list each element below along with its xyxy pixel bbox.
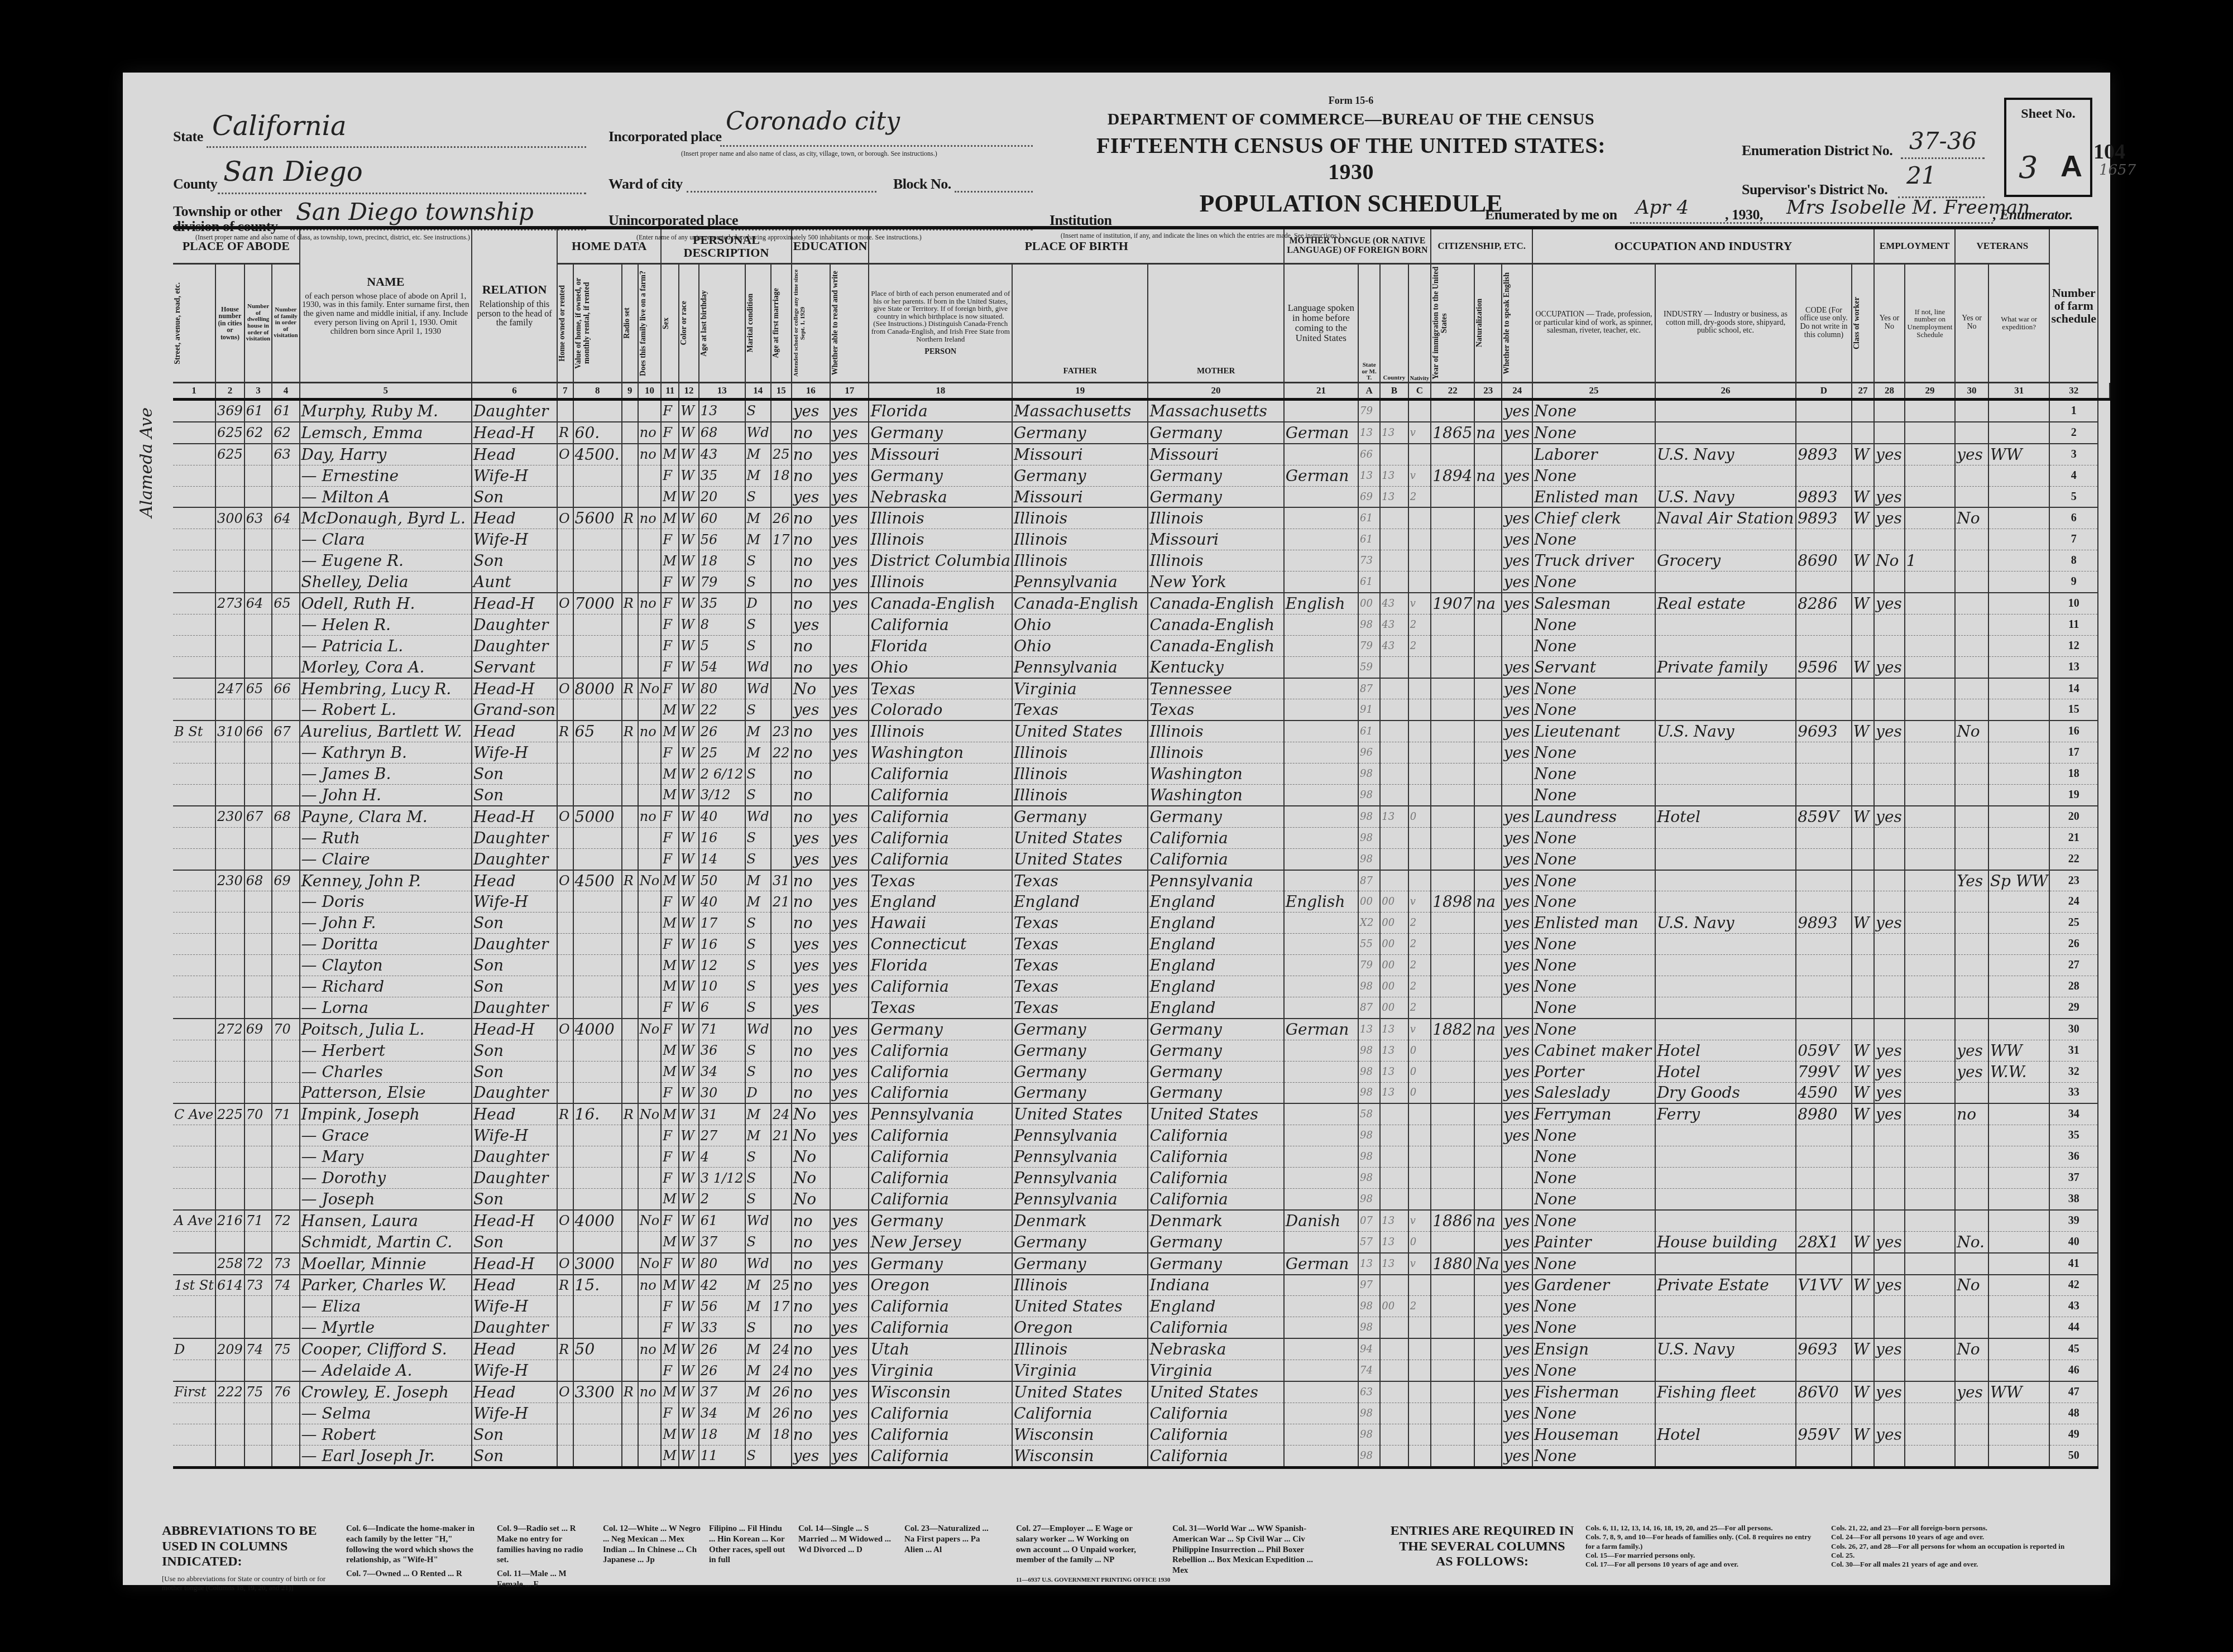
cell-age-marr: 24 [771,1360,792,1381]
cell-farm: no [638,444,662,465]
cell-race: W [679,763,698,785]
cell-vet: yes [1955,1381,1988,1403]
cell-house: 272 [215,1019,245,1040]
cell-age-marr [771,827,792,848]
cell-vet [1955,1082,1988,1103]
cell-class [1852,635,1874,656]
cell-race: W [679,785,698,806]
cell-owned [557,1403,573,1424]
cell-work [1874,1019,1905,1040]
footer-col12b: Filipino ... Fil Hindu ... Hin Korean ..… [709,1524,787,1565]
cell-work: yes [1874,1424,1905,1445]
cell-owned [557,572,573,593]
cell-relation: Daughter [472,635,557,656]
cell-race: W [679,1424,698,1445]
cell-age: 79 [699,572,745,593]
cell-age: 34 [699,1061,745,1082]
cell-cC: v [1408,1253,1431,1275]
cell-relation: Head [472,1275,557,1296]
cell-cA: 98 [1358,1146,1380,1168]
cell-vet [1955,827,1988,848]
cell-language [1284,444,1358,465]
table-row: 3696161Murphy, Ruby M.DaughterFW13Syesye… [173,400,2110,422]
cell-race: W [679,1445,698,1467]
cell-cA: 00 [1358,593,1380,614]
cell-house [215,955,245,976]
cell-unemp [1905,913,1955,934]
cell-age-marr [771,913,792,934]
cell-house [215,1296,245,1317]
cell-unemp: 1 [1905,550,1955,572]
cell-farm [638,1360,662,1381]
cell-birth: Connecticut [869,934,1012,955]
cell-marital: S [745,1146,772,1168]
cell-sex: M [661,1338,679,1360]
cell-family: 64 [272,507,299,529]
cell-owned [557,1445,573,1467]
cell-read [830,614,869,635]
cell-language [1284,1082,1358,1103]
cell-owned: R [557,1103,573,1125]
cell-father: Illinois [1012,785,1148,806]
table-row: Shelley, DeliaAuntFW79SnoyesIllinoisPenn… [173,572,2110,593]
cell-name: — Patricia L. [300,635,472,656]
cell-cA: 79 [1358,955,1380,976]
cell-street [173,1146,215,1168]
cell-father: Texas [1012,976,1148,997]
cell-immig [1431,486,1474,507]
cell-natur [1474,1360,1502,1381]
cell-school: no [792,1231,830,1252]
cell-industry [1655,465,1796,486]
cell-age: 40 [699,806,745,827]
cell-dwelling: 62 [245,422,272,444]
cell-dwelling [245,529,272,550]
line-number: 18 [2049,763,2098,785]
cell-sex: F [661,742,679,763]
cell-natur [1474,656,1502,678]
cell-code [1796,742,1852,763]
table-row: — DorisWife-HFW40M21noyesEnglandEnglandE… [173,891,2110,913]
column-number: 25 [1532,383,1655,400]
cell-father: United States [1012,848,1148,870]
cell-cA: 98 [1358,614,1380,635]
cell-code [1796,1210,1852,1231]
column-number: 1 [173,383,215,400]
cell-industry [1655,1403,1796,1424]
cell-natur [1474,913,1502,934]
cell-age: 43 [699,444,745,465]
cell-owned [557,891,573,913]
cell-cA: 98 [1358,1125,1380,1146]
cell-war [1988,891,2050,913]
cell-vet [1955,785,1988,806]
cell-family [272,827,299,848]
cell-owned [557,763,573,785]
cell-work [1874,422,1905,444]
cell-cC [1408,870,1431,891]
cell-english: yes [1502,699,1532,721]
cell-sex: F [661,422,679,444]
cell-street [173,444,215,465]
cell-unemp [1905,934,1955,955]
margin-street-note: Alameda Ave [137,407,156,517]
cell-work [1874,1403,1905,1424]
cell-value [573,614,622,635]
cell-immig [1431,1381,1474,1403]
enumerated-label: Enumerated by me on [1485,206,1617,223]
cell-relation: Daughter [472,400,557,422]
cell-read: yes [830,870,869,891]
cell-mother: Germany [1148,422,1283,444]
cell-cB [1380,827,1408,848]
cell-street [173,486,215,507]
cell-owned: O [557,1019,573,1040]
cell-street: B St [173,721,215,742]
cell-occupation: Ensign [1532,1338,1655,1360]
cell-language [1284,1061,1358,1082]
cell-class [1852,1168,1874,1189]
cell-relation: Son [472,550,557,572]
cell-sex: M [661,976,679,997]
cell-industry: Naval Air Station [1655,507,1796,529]
cell-cB [1380,1338,1408,1360]
cell-cA: X2 [1358,913,1380,934]
cell-work: No [1874,550,1905,572]
cell-natur: na [1474,1019,1502,1040]
cell-work: yes [1874,593,1905,614]
cell-sex: F [661,1146,679,1168]
cell-vet [1955,550,1988,572]
cell-cB [1380,870,1408,891]
cell-vet [1955,422,1988,444]
cell-occupation: None [1532,976,1655,997]
cell-value: 4500. [573,444,622,465]
cell-birth: Florida [869,955,1012,976]
cell-value [573,1146,622,1168]
cell-name: Aurelius, Bartlett W. [300,721,472,742]
cell-birth: California [869,1296,1012,1317]
cell-cB: 13 [1380,1253,1408,1275]
cell-house [215,1403,245,1424]
cell-work [1874,976,1905,997]
cell-mother: California [1148,1146,1283,1168]
header-sex: Sex [661,264,679,383]
cell-work [1874,848,1905,870]
cell-age-marr [771,785,792,806]
cell-immig [1431,1275,1474,1296]
column-number: 7 [557,383,573,400]
cell-unemp [1905,1125,1955,1146]
cell-mother: Germany [1148,465,1283,486]
cell-relation: Daughter [472,827,557,848]
cell-name: Cooper, Clifford S. [300,1338,472,1360]
cell-immig [1431,1360,1474,1381]
cell-farm [638,1168,662,1189]
cell-age-marr [771,955,792,976]
cell-school: no [792,1403,830,1424]
cell-school: yes [792,955,830,976]
cell-birth: Illinois [869,507,1012,529]
cell-language [1284,1168,1358,1189]
cell-cA: 98 [1358,1296,1380,1317]
cell-language [1284,913,1358,934]
cell-war [1988,1103,2050,1125]
cell-family: 68 [272,806,299,827]
cell-read [830,1146,869,1168]
cell-cC [1408,1403,1431,1424]
cell-language [1284,656,1358,678]
cell-birth: Utah [869,1338,1012,1360]
cell-father: Denmark [1012,1210,1148,1231]
cell-work: yes [1874,1275,1905,1296]
cell-occupation: None [1532,422,1655,444]
cell-cB [1380,1275,1408,1296]
cell-english: yes [1502,1381,1532,1403]
cell-unemp [1905,1019,1955,1040]
cell-read [830,635,869,656]
cell-age-marr [771,486,792,507]
cell-cC: 0 [1408,1231,1431,1252]
header-class-worker: Class of worker [1852,264,1874,383]
cell-language: German [1284,1019,1358,1040]
cell-house [215,1146,245,1168]
cell-english [1502,1168,1532,1189]
cell-language [1284,785,1358,806]
cell-dwelling [245,1125,272,1146]
cell-class [1852,785,1874,806]
cell-read: yes [830,848,869,870]
column-number: 30 [1955,383,1988,400]
header-owned: Home owned or rented [557,264,573,383]
cell-father: Ohio [1012,614,1148,635]
cell-cA: 13 [1358,1019,1380,1040]
cell-sex: F [661,934,679,955]
cell-street [173,1082,215,1103]
cell-farm [638,699,662,721]
cell-name: — Doris [300,891,472,913]
cell-unemp [1905,1445,1955,1467]
cell-language [1284,870,1358,891]
cell-age: 3/12 [699,785,745,806]
table-row: Morley, Cora A.ServantFW54WdnoyesOhioPen… [173,656,2110,678]
cell-occupation: None [1532,614,1655,635]
cell-marital: S [745,1317,772,1338]
cell-house [215,486,245,507]
cell-cB [1380,848,1408,870]
footer-col31: Col. 31—World War ... WW Spanish-America… [1172,1524,1317,1576]
cell-value: 65 [573,721,622,742]
cell-relation: Son [472,976,557,997]
cell-code [1796,400,1852,422]
group-citizenship: CITIZENSHIP, ETC. [1431,228,1532,264]
cell-farm: No [638,1019,662,1040]
cell-english: yes [1502,955,1532,976]
cell-natur [1474,1317,1502,1338]
cell-age: 22 [699,699,745,721]
cell-family [272,1403,299,1424]
cell-birth: Washington [869,742,1012,763]
cell-industry [1655,635,1796,656]
cell-value [573,1125,622,1146]
cell-work: yes [1874,656,1905,678]
cell-mother: Illinois [1148,507,1283,529]
line-number: 24 [2049,891,2098,913]
cell-school: no [792,1317,830,1338]
cell-war: Sp WW [1988,870,2050,891]
table-row: — MaryDaughterFW4SNoCaliforniaPennsylvan… [173,1146,2110,1168]
cell-unemp [1905,997,1955,1018]
cell-school: no [792,550,830,572]
cell-house [215,913,245,934]
table-row: — Robert L.Grand-sonMW22SyesyesColoradoT… [173,699,2110,721]
cell-school: no [792,1338,830,1360]
cell-age: 37 [699,1381,745,1403]
cell-code: 859V [1796,806,1852,827]
cell-value [573,742,622,763]
table-row: — Milton ASonMW20SyesyesNebraskaMissouri… [173,486,2110,507]
cell-occupation: None [1532,742,1655,763]
cell-language [1284,1231,1358,1252]
incorporated-value: Coronado city [726,107,900,136]
cell-code [1796,529,1852,550]
table-row: — CharlesSonMW34SnoyesCaliforniaGermanyG… [173,1061,2110,1082]
cell-read: yes [830,400,869,422]
cell-age-marr [771,1445,792,1467]
cell-industry [1655,1296,1796,1317]
cell-occupation: None [1532,1253,1655,1275]
cell-read: yes [830,721,869,742]
cell-occupation: Painter [1532,1231,1655,1252]
cell-farm: No [638,1103,662,1125]
cell-father: Texas [1012,913,1148,934]
cell-language [1284,934,1358,955]
cell-relation: Head [472,1338,557,1360]
cell-natur [1474,1061,1502,1082]
cell-dwelling [245,1082,272,1103]
cell-vet [1955,465,1988,486]
column-number: 24 [1502,383,1532,400]
cell-radio [622,572,638,593]
cell-cB [1380,721,1408,742]
cell-radio [622,1168,638,1189]
cell-farm [638,572,662,593]
cell-school: no [792,572,830,593]
cell-cB: 43 [1380,614,1408,635]
cell-school: yes [792,1445,830,1467]
cell-sex: M [661,870,679,891]
cell-marital: M [745,507,772,529]
cell-immig [1431,997,1474,1018]
cell-marital: S [745,997,772,1018]
cell-sex: F [661,593,679,614]
cell-relation: Daughter [472,1168,557,1189]
cell-cC [1408,1424,1431,1445]
cell-natur [1474,848,1502,870]
cell-radio [622,1253,638,1275]
cell-class [1852,742,1874,763]
cell-age: 33 [699,1317,745,1338]
cell-relation: Son [472,955,557,976]
cell-name: Moellar, Minnie [300,1253,472,1275]
line-number: 33 [2049,1082,2098,1103]
cell-relation: Head-H [472,1253,557,1275]
cell-sex: F [661,614,679,635]
cell-house: 258 [215,1253,245,1275]
cell-occupation: Truck driver [1532,550,1655,572]
cell-owned: R [557,422,573,444]
cell-dwelling: 75 [245,1381,272,1403]
cell-owned [557,400,573,422]
cell-natur [1474,1125,1502,1146]
cell-marital: S [745,848,772,870]
cell-natur [1474,934,1502,955]
cell-family [272,614,299,635]
cell-cB: 13 [1380,1040,1408,1061]
cell-age-marr: 25 [771,1275,792,1296]
form-number: Form 15-6 [1072,95,1630,107]
cell-vet [1955,955,1988,976]
cell-english [1502,486,1532,507]
cell-sex: M [661,1103,679,1125]
cell-farm [638,976,662,997]
cell-race: W [679,678,698,699]
cell-vet [1955,635,1988,656]
cell-dwelling: 67 [245,806,272,827]
cell-relation: Son [472,1188,557,1209]
cell-cA: 73 [1358,550,1380,572]
cell-family [272,1146,299,1168]
cell-sex: F [661,635,679,656]
cell-class [1852,1403,1874,1424]
cell-immig: 1898 [1431,891,1474,913]
cell-birth: Germany [869,1210,1012,1231]
cell-marital: S [745,1168,772,1189]
cell-age: 11 [699,1445,745,1467]
cell-natur [1474,529,1502,550]
cell-mother: England [1148,1296,1283,1317]
cell-sex: M [661,1424,679,1445]
cell-school: no [792,507,830,529]
cell-age-marr: 21 [771,891,792,913]
cell-cB: 00 [1380,913,1408,934]
header-birth-mother: MOTHER [1148,264,1283,383]
cell-dwelling [245,656,272,678]
cell-war [1988,976,2050,997]
cell-industry: Real estate [1655,593,1796,614]
cell-english: yes [1502,891,1532,913]
group-home: HOME DATA [557,228,661,264]
township-value: San Diego township [296,198,534,225]
cell-birth: California [869,827,1012,848]
cell-occupation: Laundress [1532,806,1655,827]
header-naturalization: Naturalization [1474,264,1502,383]
cell-family: 76 [272,1381,299,1403]
cell-value [573,550,622,572]
cell-unemp [1905,1082,1955,1103]
cell-english: yes [1502,1445,1532,1467]
cell-natur: na [1474,465,1502,486]
cell-name: Poitsch, Julia L. [300,1019,472,1040]
cell-cA: 61 [1358,721,1380,742]
cell-marital: M [745,465,772,486]
cell-immig [1431,806,1474,827]
cell-code [1796,572,1852,593]
cell-house [215,614,245,635]
cell-war [1988,422,2050,444]
cell-work: yes [1874,1061,1905,1082]
cell-cC: 2 [1408,997,1431,1018]
